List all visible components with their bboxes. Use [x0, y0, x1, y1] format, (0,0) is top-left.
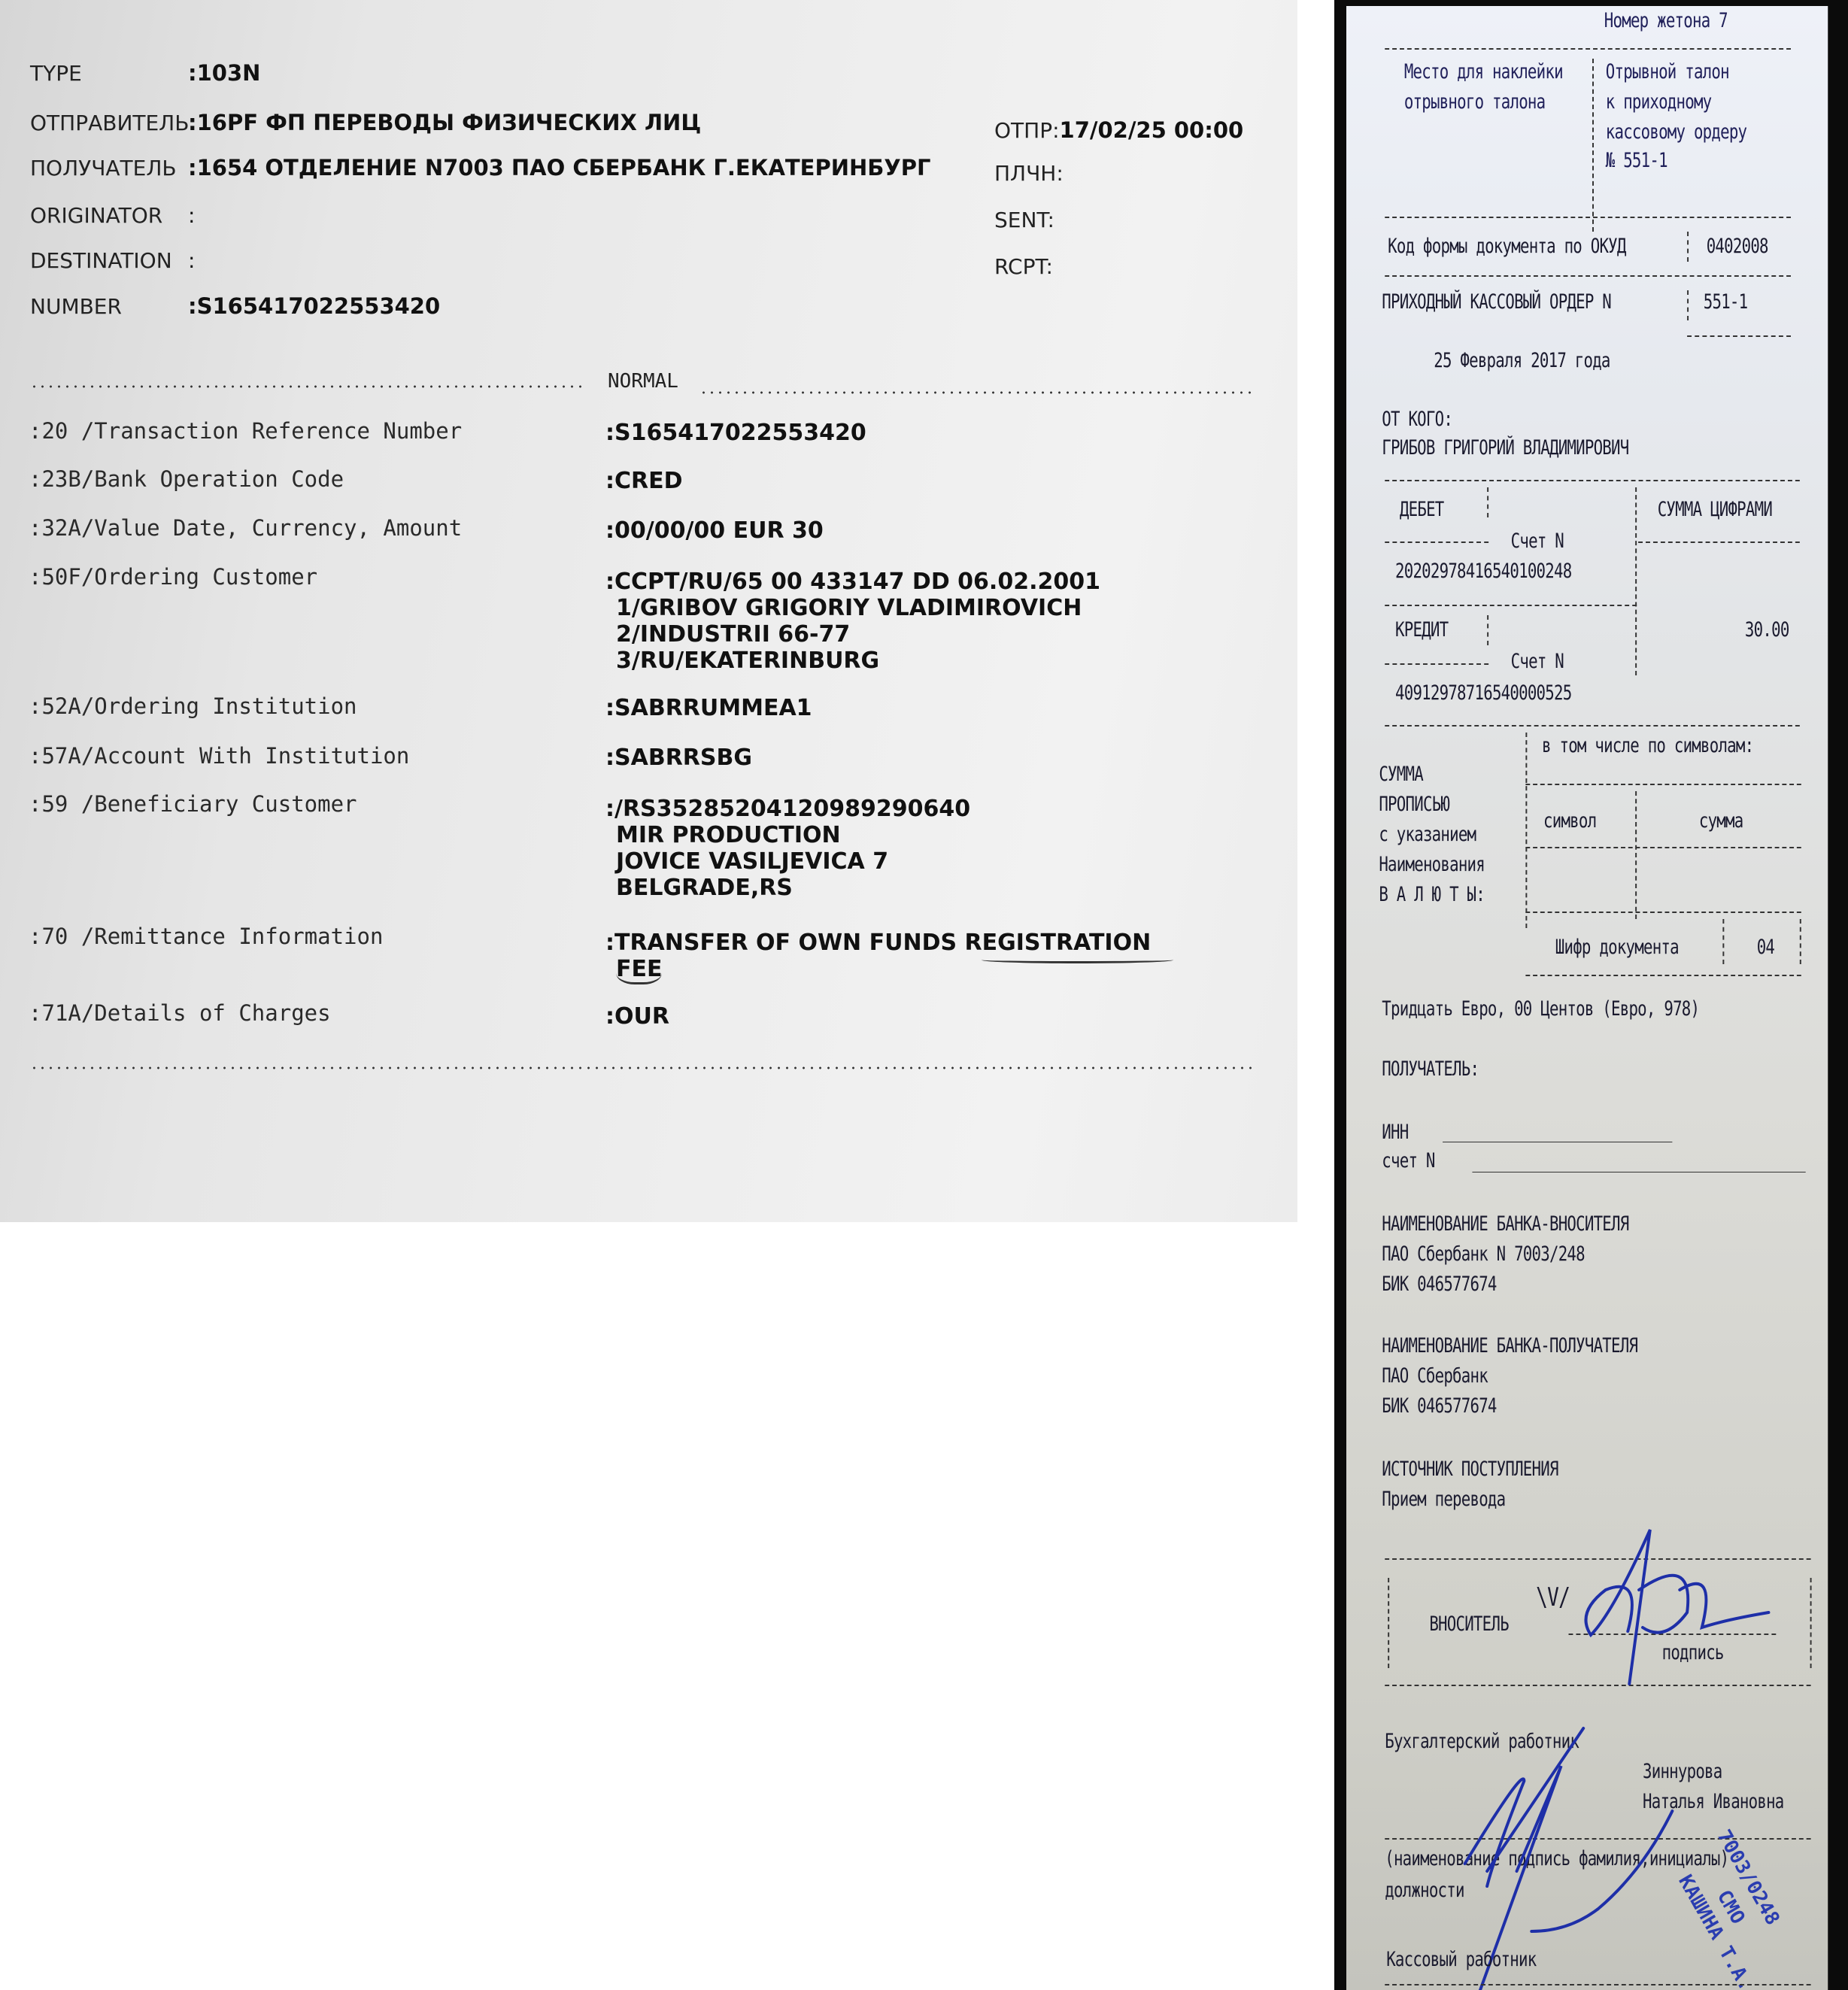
by-symbols-label: в том числе по символам:	[1542, 734, 1753, 757]
value-line: :SABRRUMMEA1	[605, 695, 812, 721]
rule	[1487, 615, 1488, 645]
recipient-account-line	[1472, 1172, 1805, 1172]
sender-label: ОТПРАВИТЕЛЬ	[30, 111, 188, 135]
field-23b-label: :23B/Bank Operation Code	[29, 466, 344, 492]
value-line: :TRANSFER OF OWN FUNDS REGISTRATION	[605, 930, 1151, 956]
originator-value: :	[188, 203, 195, 228]
destination-value: :	[188, 248, 195, 273]
rcpt-label: RCPT:	[994, 254, 1053, 279]
rule	[1385, 663, 1488, 665]
swift-mt103-printout: TYPE:103N ОТПРАВИТЕЛЬ:16PF ФП ПЕРЕВОДЫ Ф…	[0, 0, 1297, 1222]
destination-label: DESTINATION	[30, 248, 188, 273]
rule	[1635, 791, 1637, 919]
sent-date: ОТПР:17/02/25 00:00	[994, 117, 1243, 143]
recipient-label: ПОЛУЧАТЕЛЬ:	[1382, 1057, 1479, 1081]
field-23b-value: :CRED	[605, 468, 683, 494]
amount-words-label-4: Наименования	[1379, 853, 1485, 876]
credit-account-label: Счет N	[1511, 650, 1564, 673]
order-date: 25 Февраля 2017 года	[1434, 349, 1610, 372]
sender-value: :16PF ФП ПЕРЕВОДЫ ФИЗИЧЕСКИХ ЛИЦ	[188, 110, 701, 135]
source-title: ИСТОЧНИК ПОСТУПЛЕНИЯ	[1382, 1458, 1558, 1481]
inn-field-line	[1443, 1142, 1672, 1142]
rule	[1525, 733, 1527, 928]
depositor-mark: \V/	[1536, 1582, 1570, 1612]
header-destination: DESTINATION:	[30, 248, 195, 273]
field-59-value: :/RS35285204120989290640 MIR PRODUCTION …	[605, 796, 970, 901]
header-receiver: ПОЛУЧАТЕЛЬ:1654 ОТДЕЛЕНИЕ N7003 ПАО СБЕР…	[30, 155, 930, 180]
value-line: :S165417022553420	[605, 420, 866, 446]
rule	[1385, 217, 1791, 218]
value-line: :/RS35285204120989290640	[605, 796, 970, 822]
credit-account: 40912978716540000525	[1395, 681, 1571, 705]
rule	[1525, 975, 1801, 976]
rule	[1635, 487, 1637, 675]
rule	[1525, 847, 1801, 848]
receiver-value: :1654 ОТДЕЛЕНИЕ N7003 ПАО СБЕРБАНК Г.ЕКА…	[188, 155, 930, 180]
rule	[1385, 605, 1637, 606]
receiver-label: ПОЛУЧАТЕЛЬ	[30, 156, 188, 180]
from-label: ОТ КОГО:	[1382, 408, 1452, 431]
field-71a-value: :OUR	[605, 1003, 669, 1030]
rule	[1385, 1984, 1810, 1985]
field-70-value: :TRANSFER OF OWN FUNDS REGISTRATION FEE	[605, 930, 1151, 982]
number-label: NUMBER	[30, 294, 188, 319]
rule	[1525, 912, 1801, 913]
divider-top-left	[30, 385, 587, 388]
symbol-column: символ	[1543, 809, 1596, 833]
doc-cipher-value: 04	[1757, 936, 1774, 959]
type-value: :103N	[188, 60, 260, 86]
stub-title-line3: кассовому ордеру	[1606, 120, 1747, 144]
amount-words-label-2: ПРОПИСЬЮ	[1379, 793, 1449, 816]
originator-label: ORIGINATOR	[30, 203, 188, 228]
value-line: :CRED	[605, 468, 683, 494]
cashier-label: Кассовый работник	[1386, 1948, 1536, 1971]
rule	[1385, 541, 1488, 543]
okud-label: Код формы документа по ОКУД	[1388, 235, 1625, 258]
recipient-bank-name: ПАО Сбербанк	[1382, 1364, 1488, 1388]
recipient-account-label: счет N	[1382, 1149, 1434, 1172]
amount-in-words: Тридцать Евро, 00 Центов (Евро, 978)	[1382, 997, 1699, 1021]
rule	[1525, 784, 1801, 785]
header-number: NUMBER:S165417022553420	[30, 293, 440, 319]
debit-account: 20202978416540100248	[1395, 560, 1571, 583]
value-line: FEE	[616, 956, 662, 984]
amount-digits-label: СУММА ЦИФРАМИ	[1658, 498, 1772, 521]
rule	[1385, 48, 1791, 50]
field-57a-label: :57A/Account With Institution	[29, 743, 409, 769]
value-line: 2/INDUSTRII 66-77	[605, 621, 1100, 648]
field-52a-label: :52A/Ordering Institution	[29, 693, 357, 719]
from-name: ГРИБОВ ГРИГОРИЙ ВЛАДИМИРОВИЧ	[1382, 436, 1628, 460]
value-line: :SABRRSBG	[605, 745, 752, 771]
rule	[1687, 335, 1791, 337]
header-originator: ORIGINATOR:	[30, 203, 195, 228]
okud-value: 0402008	[1707, 235, 1768, 258]
amount-words-label-1: СУММА	[1379, 763, 1423, 786]
rule	[1385, 480, 1800, 481]
received-label: ПЛЧН:	[994, 161, 1064, 186]
sent-date-label: ОТПР:	[994, 118, 1060, 143]
field-50f-value: :CCPT/RU/65 00 433147 DD 06.02.2001 1/GR…	[605, 569, 1100, 674]
depositor-label: ВНОСИТЕЛЬ	[1429, 1612, 1508, 1636]
field-70-label: :70 /Remittance Information	[29, 924, 383, 949]
rule	[1687, 290, 1689, 320]
handwritten-underline	[982, 957, 1173, 963]
number-value: :S165417022553420	[188, 293, 440, 319]
debit-label: ДЕБЕТ	[1400, 498, 1444, 521]
rule	[1722, 919, 1724, 964]
credit-label: КРЕДИТ	[1395, 618, 1448, 642]
value-line: :00/00/00 EUR 30	[605, 517, 824, 544]
doc-cipher-label: Шифр документа	[1555, 936, 1679, 959]
value-line: 3/RU/EKATERINBURG	[605, 648, 1100, 674]
field-20-label: :20 /Transaction Reference Number	[29, 418, 462, 444]
sent-date-value: 17/02/25 00:00	[1060, 117, 1244, 143]
order-label: ПРИХОДНЫЙ КАССОВЫЙ ОРДЕР N	[1382, 290, 1611, 314]
value-line: JOVICE VASILJEVICA 7	[605, 848, 970, 875]
rule	[1388, 1578, 1389, 1668]
priority-label: NORMAL	[602, 370, 684, 393]
payer-bank-name: ПАО Сбербанк N 7003/248	[1382, 1242, 1585, 1266]
recipient-bank-title: НАИМЕНОВАНИЕ БАНКА-ПОЛУЧАТЕЛЯ	[1382, 1334, 1637, 1358]
stub-title-line2: к приходному	[1606, 90, 1712, 114]
field-59-label: :59 /Beneficiary Customer	[29, 791, 357, 817]
value-line: MIR PRODUCTION	[605, 822, 970, 848]
rule	[1487, 487, 1488, 517]
rule	[1810, 1578, 1812, 1668]
field-71a-label: :71A/Details of Charges	[29, 1000, 331, 1026]
rule	[1385, 725, 1800, 727]
amount-words-label-3: с указанием	[1379, 823, 1476, 846]
rule	[1800, 919, 1801, 964]
sent-label: SENT:	[994, 208, 1054, 232]
inn-label: ИНН	[1382, 1121, 1408, 1144]
rule	[1638, 541, 1800, 543]
stub-place-line1: Место для наклейки	[1404, 60, 1563, 83]
rule	[1687, 232, 1689, 262]
payer-bank-title: НАИМЕНОВАНИЕ БАНКА-ВНОСИТЕЛЯ	[1382, 1212, 1628, 1236]
token-number: Номер жетона 7	[1604, 9, 1728, 32]
amount-words-label-5: В А Л Ю Т Ы:	[1379, 883, 1485, 906]
field-32a-label: :32A/Value Date, Currency, Amount	[29, 515, 462, 541]
stub-title-line4: № 551-1	[1606, 149, 1667, 172]
value-line: BELGRADE,RS	[605, 875, 970, 901]
type-label: TYPE	[30, 61, 188, 86]
recipient-bank-bik: БИК 046577674	[1382, 1394, 1496, 1418]
cash-receipt-order: Номер жетона 7 Место для наклейки отрывн…	[1346, 6, 1828, 1990]
field-20-value: :S165417022553420	[605, 420, 866, 446]
source-value: Прием перевода	[1382, 1488, 1505, 1511]
divider-top-right	[699, 391, 1256, 394]
sum-column: сумма	[1699, 809, 1743, 833]
depositor-signature	[1569, 1522, 1806, 1688]
field-32a-value: :00/00/00 EUR 30	[605, 517, 824, 544]
value-line: :CCPT/RU/65 00 433147 DD 06.02.2001	[605, 569, 1100, 595]
field-57a-value: :SABRRSBG	[605, 745, 752, 771]
debit-account-label: Счет N	[1511, 529, 1564, 553]
rule	[1592, 59, 1594, 232]
value-line: :OUR	[605, 1003, 669, 1030]
divider-bottom	[30, 1066, 1256, 1069]
rule	[1385, 275, 1791, 277]
payer-bank-bik: БИК 046577674	[1382, 1273, 1496, 1296]
amount-value: 30.00	[1745, 618, 1789, 642]
stub-title-line1: Отрывной талон	[1606, 60, 1729, 83]
field-50f-label: :50F/Ordering Customer	[29, 564, 317, 590]
header-type: TYPE:103N	[30, 60, 260, 86]
header-sender: ОТПРАВИТЕЛЬ:16PF ФП ПЕРЕВОДЫ ФИЗИЧЕСКИХ …	[30, 110, 701, 135]
stub-place-line2: отрывного талона	[1404, 90, 1546, 114]
value-line: 1/GRIBOV GRIGORIY VLADIMIROVICH	[605, 595, 1100, 621]
order-number: 551-1	[1704, 290, 1748, 314]
field-52a-value: :SABRRUMMEA1	[605, 695, 812, 721]
